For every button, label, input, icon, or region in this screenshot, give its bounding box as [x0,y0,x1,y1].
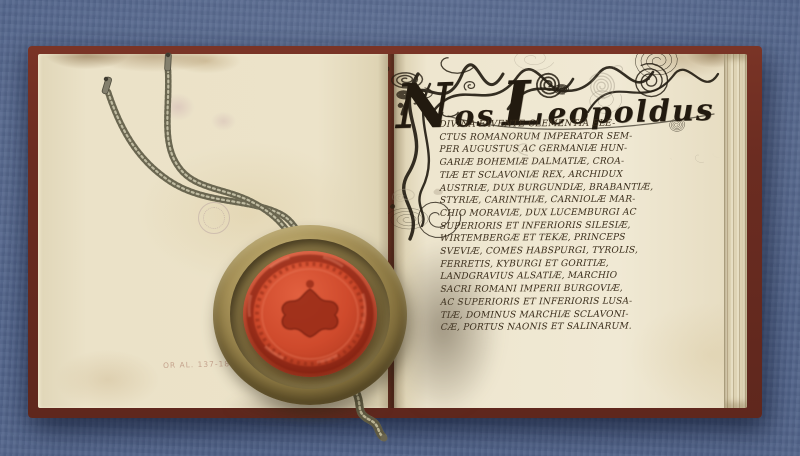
seal-relief [243,251,377,377]
charter-book: OR AL. 137-183 NosLeopoldus DIVINA F [28,46,762,418]
cord-tassel [354,388,388,442]
seal-cord [28,46,762,418]
photo-background: OR AL. 137-183 NosLeopoldus DIVINA F [0,0,800,456]
wax-seal [243,251,377,377]
cord-aglet-icon [101,53,171,95]
